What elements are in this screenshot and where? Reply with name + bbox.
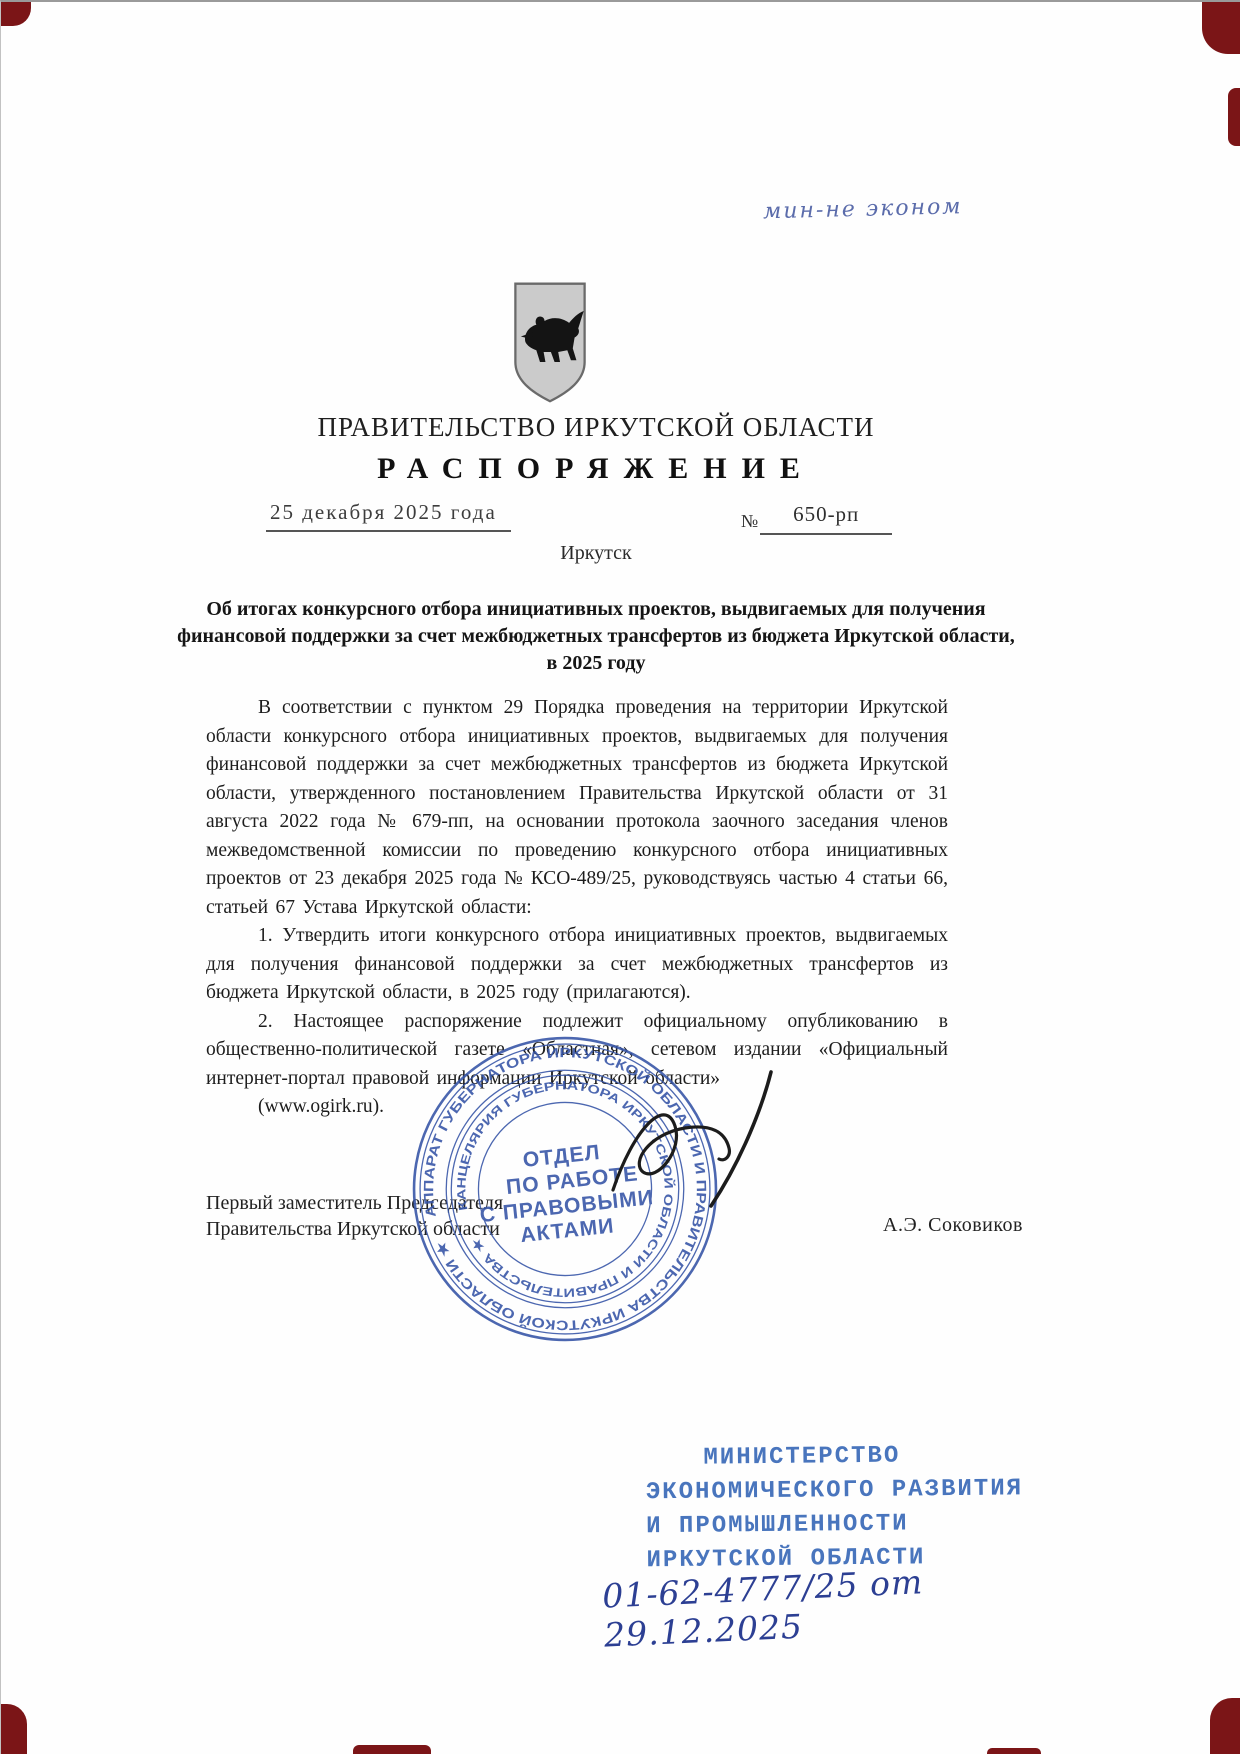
scan-corner-top-left (1, 2, 31, 26)
body-paragraph-1: В соответствии с пунктом 29 Порядка пров… (206, 694, 948, 922)
scan-corner-bottom-right (1210, 1698, 1240, 1754)
document-title: Об итогах конкурсного отбора инициативны… (171, 596, 1021, 677)
scan-corner-top-right (1202, 2, 1240, 54)
body-paragraph-2: 1. Утвердить итоги конкурсного отбора ин… (206, 922, 948, 1008)
signature-ink (599, 1068, 809, 1218)
ministry-stamp-line-3: И ПРОМЫШЛЕННОСТИ (646, 1506, 1076, 1545)
scan-right-edge-mark (1228, 88, 1240, 146)
scan-bottom-edge-mark-2 (987, 1748, 1041, 1754)
handwritten-routing-note: мин-не эконом (763, 193, 1024, 225)
signature-slash-stroke (711, 1072, 771, 1206)
coat-of-arms-irkutsk (509, 278, 591, 406)
number-group: №650-рп (741, 502, 892, 535)
place-name: Иркутск (1, 542, 1191, 565)
scan-corner-bottom-left (1, 1704, 27, 1754)
document-type-heading: РАСПОРЯЖЕНИЕ (1, 452, 1191, 486)
signer-name: А.Э. Соковиков (883, 1214, 1023, 1237)
organization-name: ПРАВИТЕЛЬСТВО ИРКУТСКОЙ ОБЛАСТИ (1, 412, 1191, 443)
document-number: 650-рп (760, 502, 892, 535)
ministry-stamp-line-1: МИНИСТЕРСТВО (645, 1438, 1075, 1477)
ministry-stamp-line-2: ЭКОНОМИЧЕСКОГО РАЗВИТИЯ (646, 1472, 1076, 1511)
number-sign: № (741, 511, 758, 532)
date-group: 25 декабря 2025 года (266, 500, 511, 532)
scan-bottom-edge-mark (353, 1745, 431, 1754)
scanned-document-page: мин-не эконом ПРАВИТЕЛЬСТВО ИРКУТСКОЙ ОБ… (0, 0, 1240, 1754)
document-date: 25 декабря 2025 года (266, 500, 511, 532)
signature-loop-stroke (613, 1115, 729, 1190)
